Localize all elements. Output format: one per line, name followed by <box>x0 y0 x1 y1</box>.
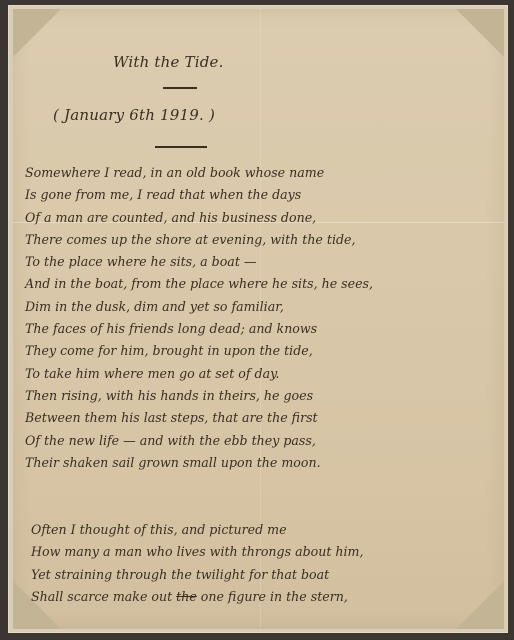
poem-line: To the place where he sits, a boat — <box>25 251 373 273</box>
poem-line: Of the new life — and with the ebb they … <box>25 430 373 452</box>
poem-line: How many a man who lives with throngs ab… <box>31 541 363 563</box>
poem-date: ( January 6th 1919. ) <box>53 106 215 124</box>
poem-line: Of a man are counted, and his business d… <box>25 207 373 229</box>
line-text-before: Shall scarce make out <box>31 589 176 604</box>
stanza-2: Often I thought of this, and pictured me… <box>31 519 363 608</box>
manuscript-page: With the Tide. ( January 6th 1919. ) Som… <box>13 9 504 629</box>
line-text-after: one figure in the stern, <box>197 589 348 604</box>
photo-corner-top-left <box>13 9 61 57</box>
poem-line-with-strikethrough: Shall scarce make out the one figure in … <box>31 586 363 608</box>
title-underline <box>163 87 197 89</box>
poem-line: Yet straining through the twilight for t… <box>31 564 363 586</box>
poem-line: And in the boat, from the place where he… <box>25 273 373 295</box>
struck-word: the <box>176 589 197 604</box>
poem-line: Somewhere I read, in an old book whose n… <box>25 162 373 184</box>
poem-line: The faces of his friends long dead; and … <box>25 318 373 340</box>
poem-line: Is gone from me, I read that when the da… <box>25 184 373 206</box>
poem-line: There comes up the shore at evening, wit… <box>25 229 373 251</box>
poem-line: Dim in the dusk, dim and yet so familiar… <box>25 296 373 318</box>
poem-line: Often I thought of this, and pictured me <box>31 519 363 541</box>
photo-corner-top-right <box>456 9 504 57</box>
poem-title: With the Tide. <box>113 53 224 71</box>
poem-line: Then rising, with his hands in theirs, h… <box>25 385 373 407</box>
poem-line: Their shaken sail grown small upon the m… <box>25 452 373 474</box>
poem-line: Between them his last steps, that are th… <box>25 407 373 429</box>
photo-corner-bottom-right <box>456 581 504 629</box>
poem-line: To take him where men go at set of day. <box>25 363 373 385</box>
poem-line: They come for him, brought in upon the t… <box>25 340 373 362</box>
date-underline <box>155 146 207 148</box>
stanza-1: Somewhere I read, in an old book whose n… <box>25 162 373 474</box>
